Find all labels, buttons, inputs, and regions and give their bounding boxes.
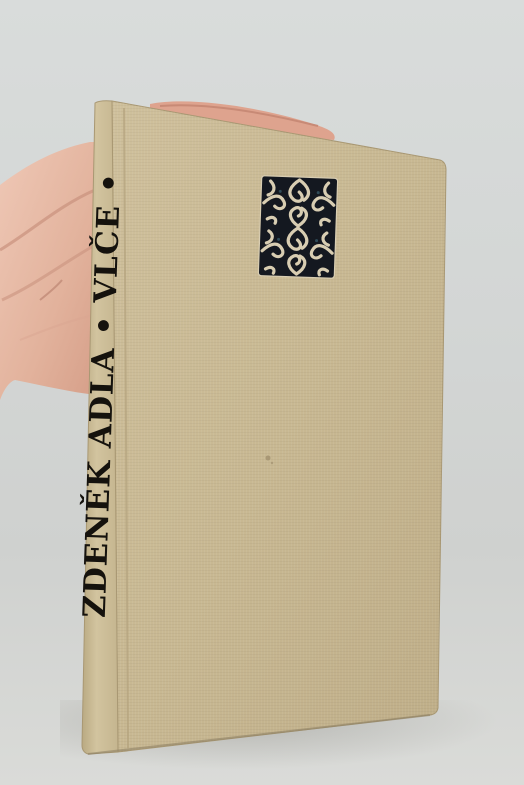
photo-scene: ZDENĚK ADLA • VLČE • bbox=[0, 0, 524, 785]
photo-canvas bbox=[0, 0, 524, 785]
ornament-icon bbox=[257, 175, 339, 280]
hand bbox=[0, 142, 98, 400]
